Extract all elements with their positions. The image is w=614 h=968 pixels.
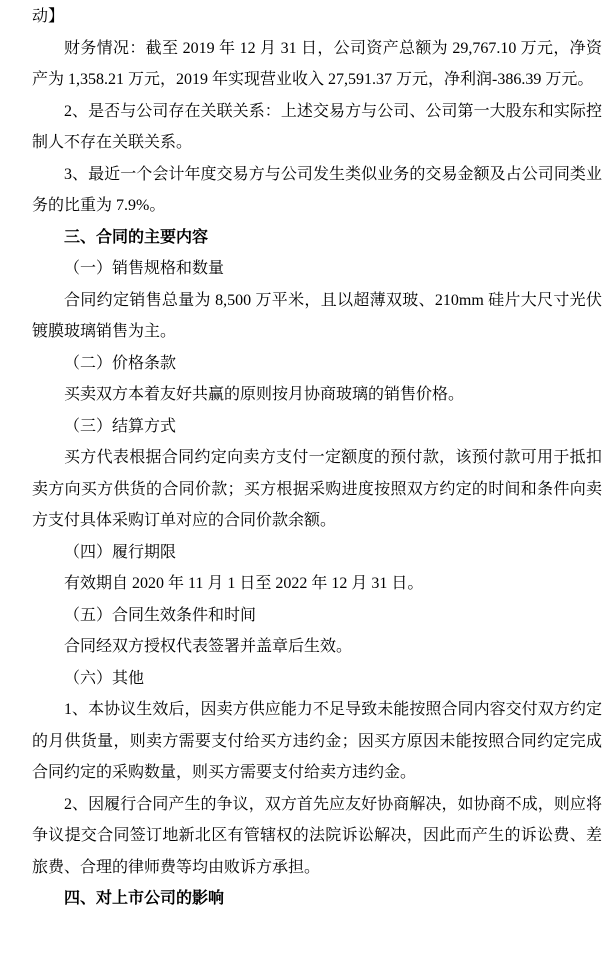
paragraph: （三）结算方式 [32,411,602,443]
document-body: 动】财务情况：截至 2019 年 12 月 31 日，公司资产总额为 29,76… [32,1,602,915]
document-page: 动】财务情况：截至 2019 年 12 月 31 日，公司资产总额为 29,76… [0,0,614,968]
paragraph: 1、本协议生效后，因卖方供应能力不足导致未能按照合同内容交付双方约定的月供货量，… [32,694,602,789]
paragraph: 3、最近一个会计年度交易方与公司发生类似业务的交易金额及占公司同类业务的比重为 … [32,159,602,222]
paragraph: （五）合同生效条件和时间 [32,600,602,632]
paragraph: 财务情况：截至 2019 年 12 月 31 日，公司资产总额为 29,767.… [32,33,602,96]
section-heading: 三、合同的主要内容 [32,222,602,254]
paragraph: （二）价格条款 [32,348,602,380]
paragraph: 合同经双方授权代表签署并盖章后生效。 [32,631,602,663]
paragraph: 动】 [32,1,602,33]
section-heading: 四、对上市公司的影响 [32,883,602,915]
paragraph: （一）销售规格和数量 [32,253,602,285]
paragraph: （六）其他 [32,663,602,695]
paragraph: 买卖双方本着友好共赢的原则按月协商玻璃的销售价格。 [32,379,602,411]
paragraph: 合同约定销售总量为 8,500 万平米，且以超薄双玻、210mm 硅片大尺寸光伏… [32,285,602,348]
paragraph: （四）履行期限 [32,537,602,569]
paragraph: 2、因履行合同产生的争议，双方首先应友好协商解决，如协商不成，则应将争议提交合同… [32,789,602,884]
paragraph: 有效期自 2020 年 11 月 1 日至 2022 年 12 月 31 日。 [32,568,602,600]
paragraph: 2、是否与公司存在关联关系：上述交易方与公司、公司第一大股东和实际控制人不存在关… [32,96,602,159]
paragraph: 买方代表根据合同约定向卖方支付一定额度的预付款，该预付款可用于抵扣卖方向买方供货… [32,442,602,537]
